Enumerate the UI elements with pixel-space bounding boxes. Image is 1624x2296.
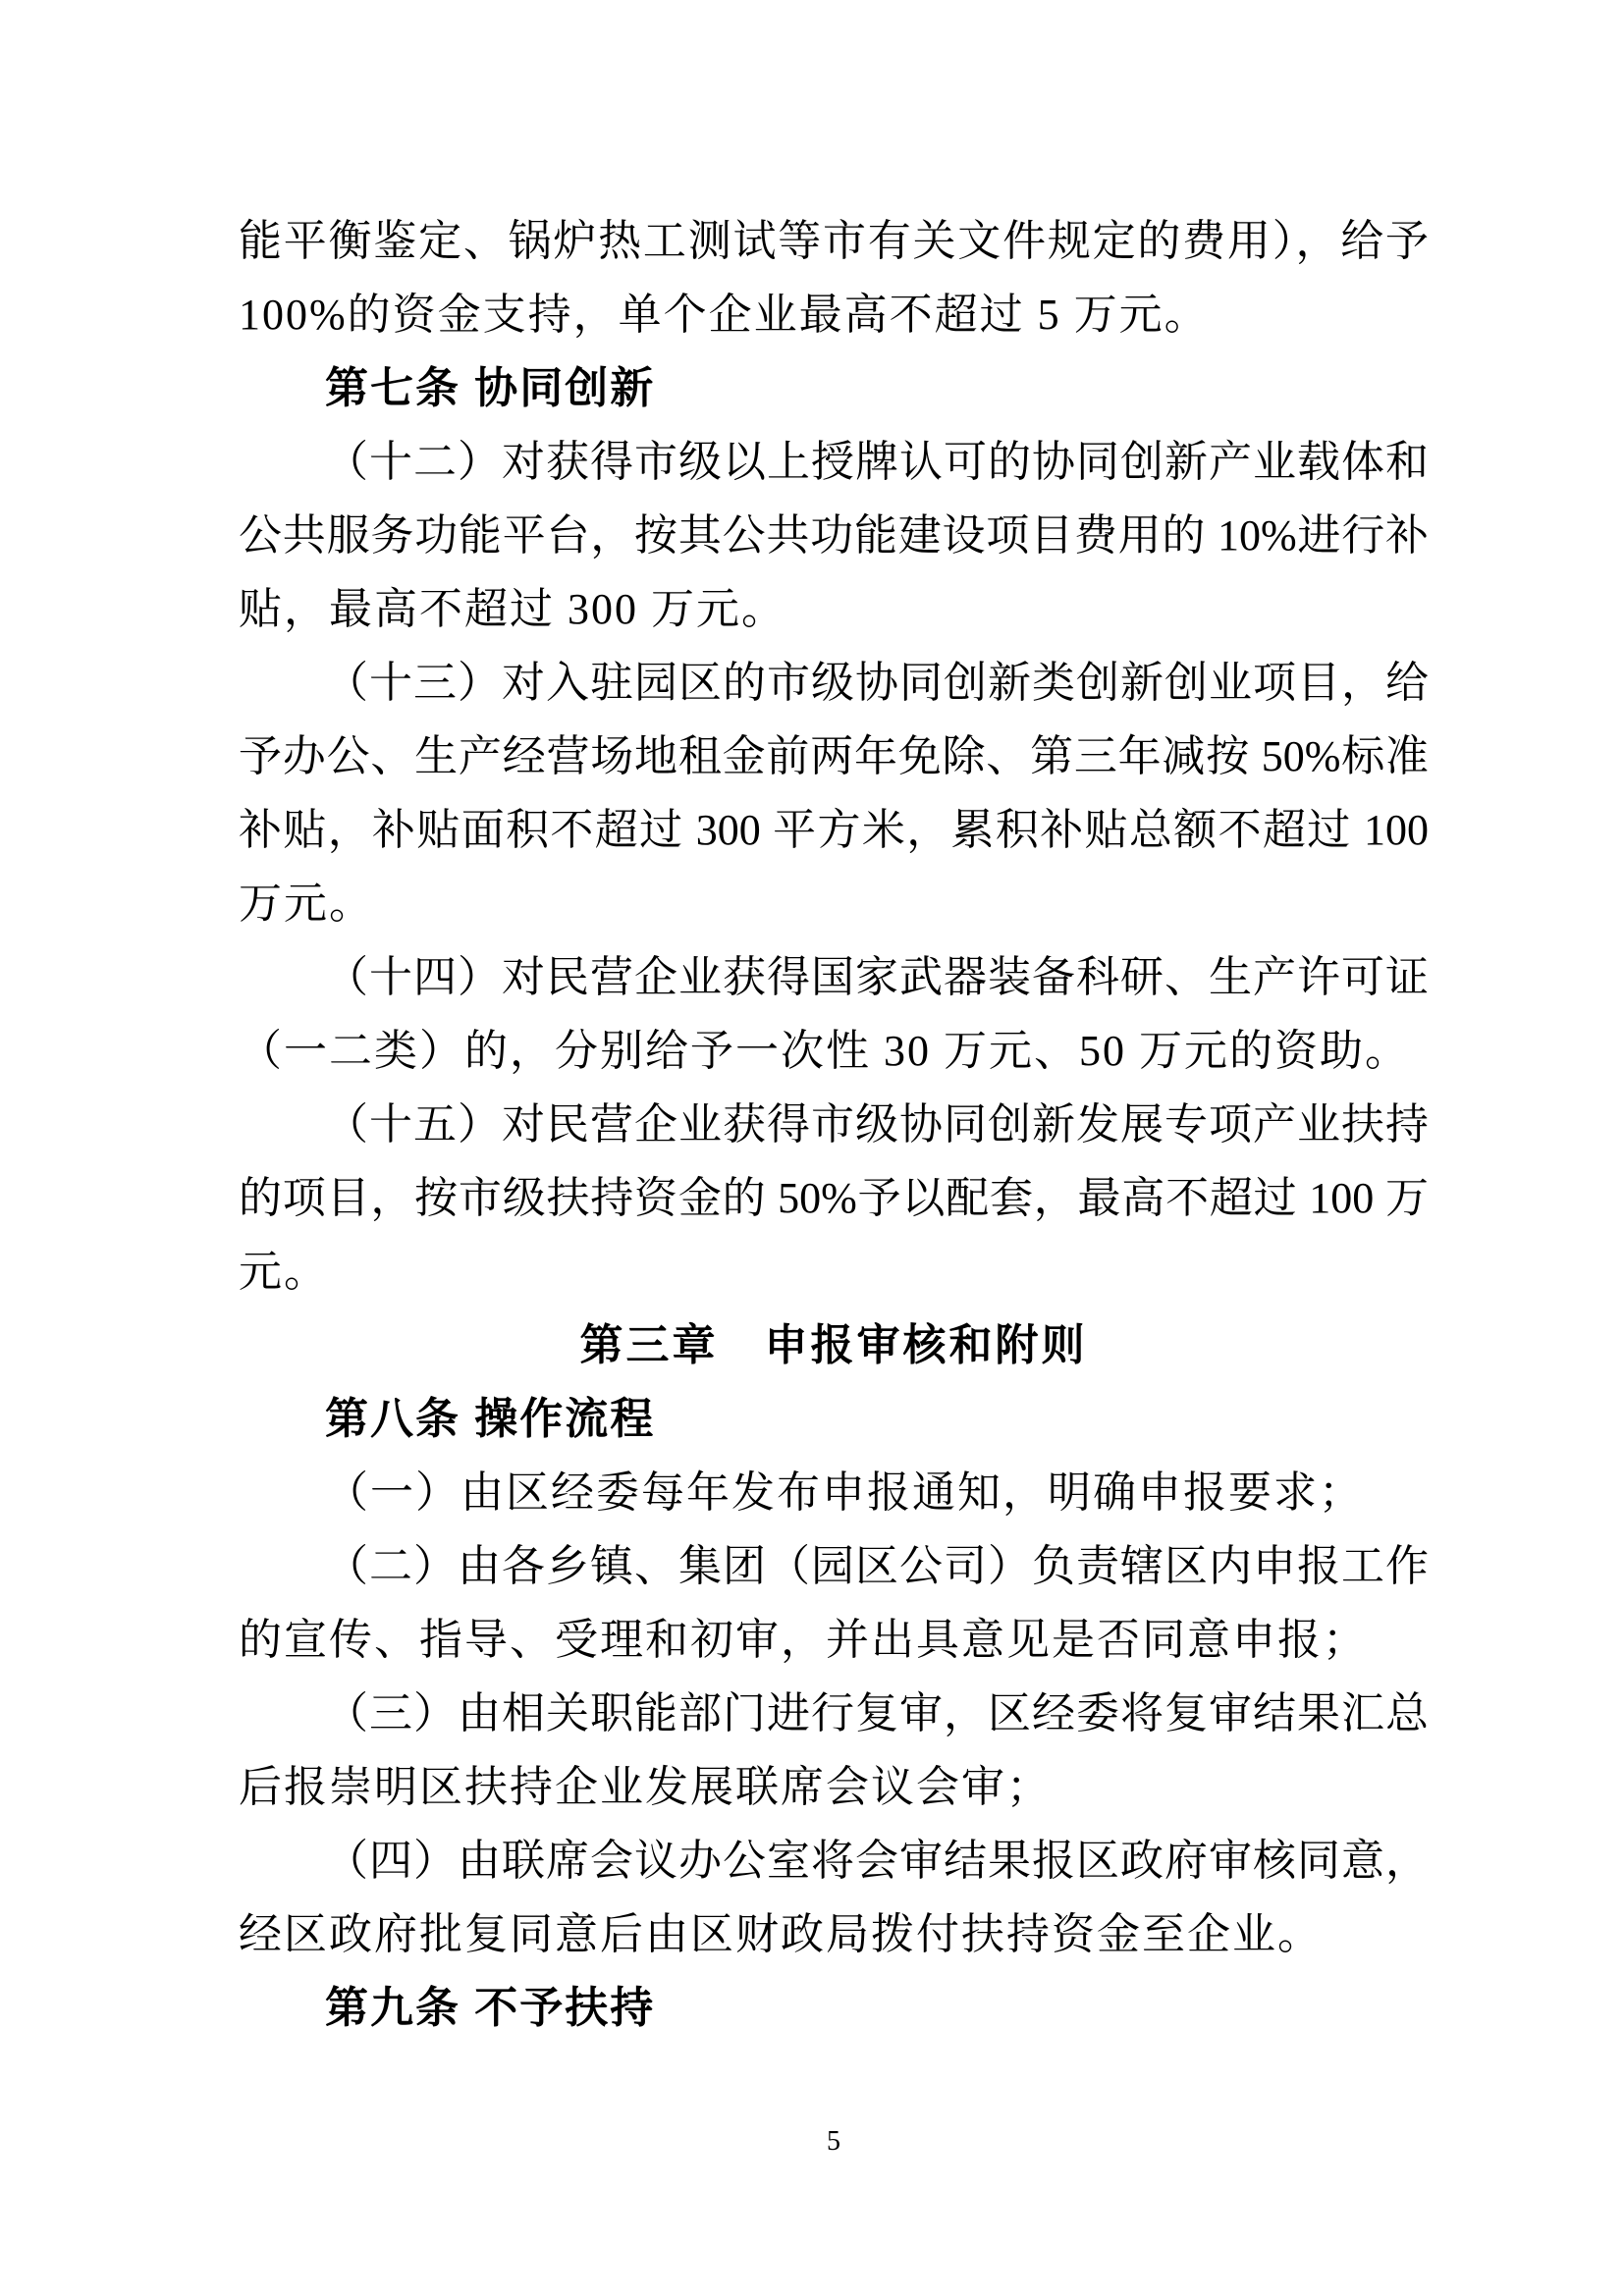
text-line: 后报崇明区扶持企业发展联席会议会审； [239,1750,1429,1824]
text-line: 补贴，补贴面积不超过 300 平方米，累积补贴总额不超过 100 [239,793,1429,867]
text-line: （二）由各乡镇、集团（园区公司）负责辖区内申报工作 [239,1529,1429,1603]
text-line: 100%的资金支持，单个企业最高不超过 5 万元。 [239,278,1429,351]
text-line: （十二）对获得市级以上授牌认可的协同创新产业载体和 [239,425,1429,499]
page-number: 5 [239,2120,1429,2163]
text-line: （一）由区经委每年发布申报通知，明确申报要求； [239,1456,1429,1529]
text-line: （一二类）的，分别给予一次性 30 万元、50 万元的资助。 [239,1014,1429,1088]
article-heading-line: 第七条 协同创新 [239,351,1429,425]
text-line: （四）由联席会议办公室将会审结果报区政府审核同意， [239,1824,1429,1897]
chapter-heading-line: 第三章 申报审核和附则 [239,1308,1429,1382]
text-line: 经区政府批复同意后由区财政局拨付扶持资金至企业。 [239,1897,1429,1971]
article-heading-line: 第九条 不予扶持 [239,1971,1429,2045]
text-line: 公共服务功能平台，按其公共功能建设项目费用的 10%进行补 [239,499,1429,572]
text-line: 元。 [239,1235,1429,1308]
text-line: 的项目，按市级扶持资金的 50%予以配套，最高不超过 100 万 [239,1161,1429,1235]
text-line: 予办公、生产经营场地租金前两年免除、第三年减按 50%标准 [239,720,1429,793]
document-body: 能平衡鉴定、锅炉热工测试等市有关文件规定的费用），给予 100%的资金支持，单个… [239,204,1429,2045]
text-line: 万元。 [239,867,1429,940]
text-line: （十四）对民营企业获得国家武器装备科研、生产许可证 [239,940,1429,1014]
text-line: 贴，最高不超过 300 万元。 [239,572,1429,646]
text-line: 能平衡鉴定、锅炉热工测试等市有关文件规定的费用），给予 [239,204,1429,278]
document-page: 能平衡鉴定、锅炉热工测试等市有关文件规定的费用），给予 100%的资金支持，单个… [0,0,1624,2296]
text-line: （三）由相关职能部门进行复审，区经委将复审结果汇总 [239,1677,1429,1750]
article-heading-line: 第八条 操作流程 [239,1382,1429,1456]
text-line: 的宣传、指导、受理和初审，并出具意见是否同意申报； [239,1603,1429,1677]
text-line: （十三）对入驻园区的市级协同创新类创新创业项目，给 [239,646,1429,720]
text-line: （十五）对民营企业获得市级协同创新发展专项产业扶持 [239,1088,1429,1161]
